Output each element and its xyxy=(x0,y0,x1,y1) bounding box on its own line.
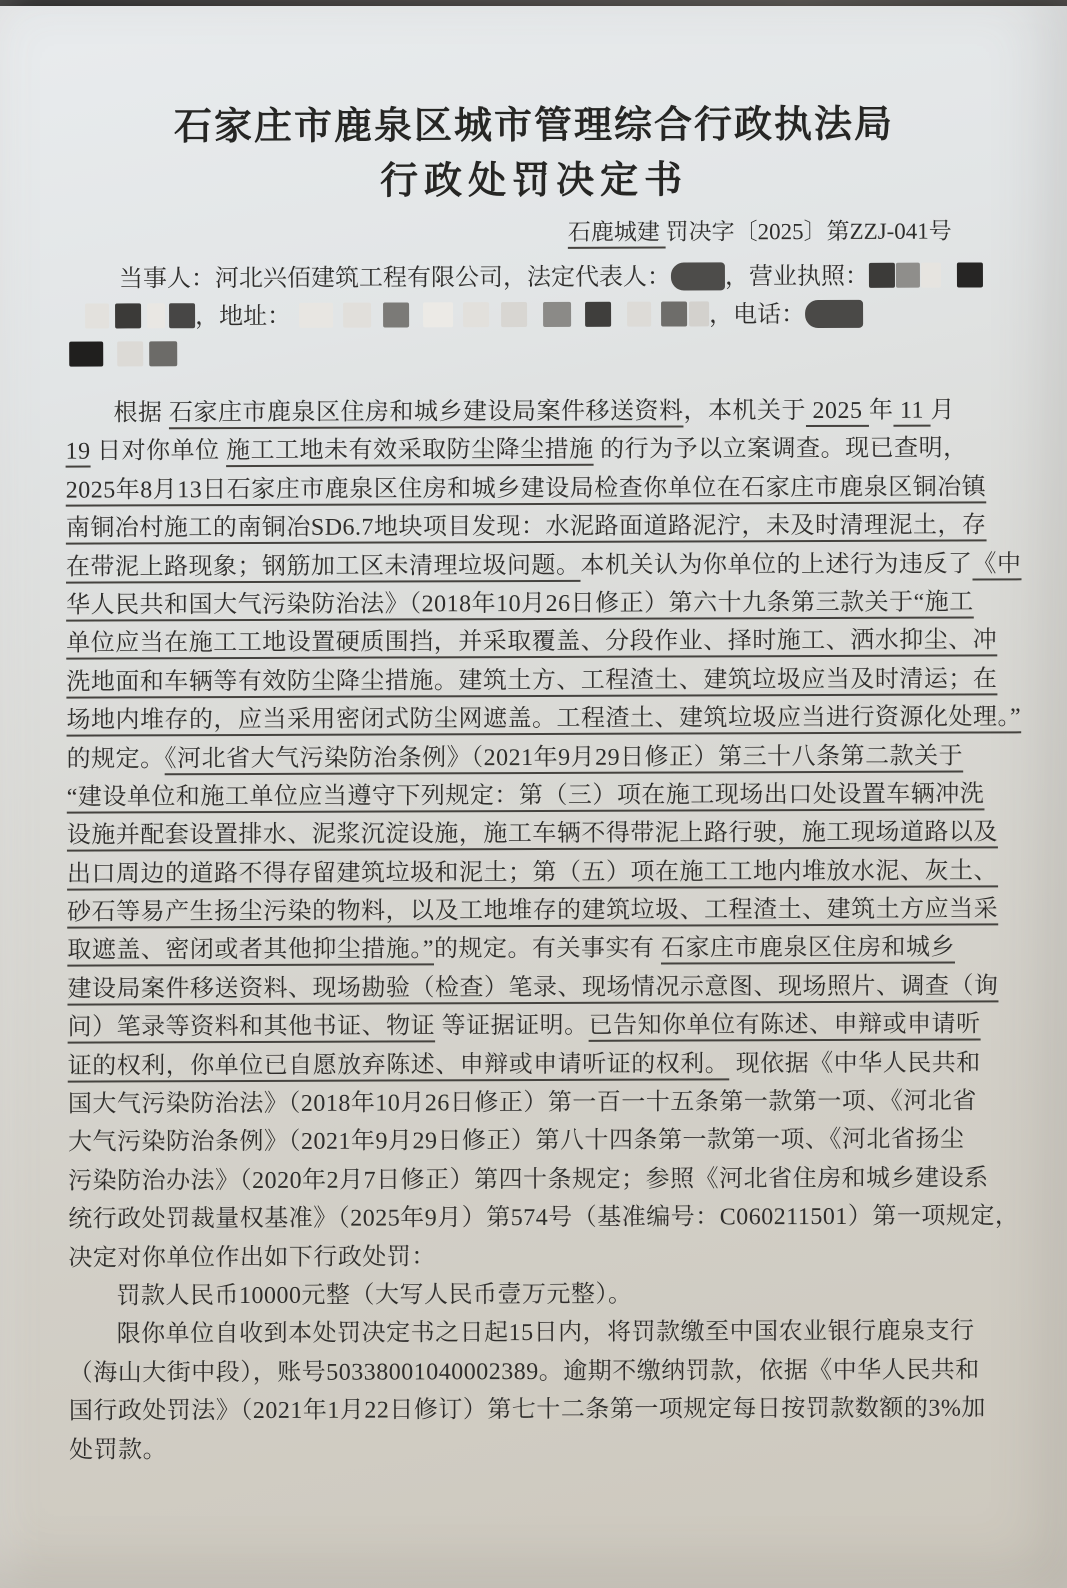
body-text-segment: 取遮盖、密闭或者其他抑尘措施。” xyxy=(67,937,434,964)
scanned-document-page: 石家庄市鹿泉区城市管理综合行政执法局 行政处罚决定书 石鹿城建 罚决字〔2025… xyxy=(0,0,1067,1588)
body-text-segment: 月 xyxy=(930,398,955,424)
redaction-block xyxy=(423,302,453,327)
body-text-segment: ，本机关于 xyxy=(683,398,806,424)
party-line-3 xyxy=(69,333,1012,374)
body-text-segment: 《中 xyxy=(972,551,1021,577)
body-line: “建设单位和施工单位应当遵守下列规定：第（三）项在施工现场出口处设置车辆冲洗 xyxy=(67,775,1022,817)
redaction-block xyxy=(383,302,409,327)
document-title-line2: 行政处罚决定书 xyxy=(1,153,1067,209)
redaction-block xyxy=(147,303,165,328)
redaction-block xyxy=(627,302,651,327)
body-line: 华人民共和国大气污染防治法》（2018年10月26日修正）第六十九条第三款关于“… xyxy=(66,583,1021,625)
body-text-segment: 施工工地未有效采取防尘降尘措施 xyxy=(226,437,594,464)
document-title-line1: 石家庄市鹿泉区城市管理综合行政执法局 xyxy=(0,96,1067,157)
address-label: 地址： xyxy=(219,304,291,330)
body-line: 证的权利，你单位已自愿放弃陈述、申辩或申请听证的权利。 现依据《中华人民共和 xyxy=(68,1044,1023,1086)
body-text-segment: 设施并配套设置排水、泥浆沉淀设施，施工车辆不得带泥上路行驶，施工现场道路以及 xyxy=(67,820,998,849)
body-text-segment: 建设局案件移送资料、现场勘验（检查）笔录、现场情况示意图、现场照片、调查（询 xyxy=(67,973,998,1002)
body-text-segment: 华人民共和国大气污染防治法》（2018年10月26日修正）第六十九条第三款关于“… xyxy=(66,589,974,618)
body-text-segment: 大气污染防治条例》（2021年9月29日修正）第八十四条第一款第一项、《河北省扬… xyxy=(68,1127,965,1156)
body-line: 在带泥上路现象；钢筋加工区未清理垃圾问题。本机关认为你单位的上述行为违反了《中 xyxy=(66,545,1021,587)
body-text-segment: 决定对你单位作出如下行政处罚： xyxy=(68,1244,436,1271)
document-number: 石鹿城建 罚决字〔2025〕第ZZJ-041号 xyxy=(1,215,1067,251)
body-text-segment: 南铜冶村施工的南铜冶SD6.7地块项目发现：水泥路面道路泥泞，未及时清理泥土，存 xyxy=(66,513,987,542)
body-text-segment: 出口周边的道路不得存留建筑垃圾和泥土；第（五）项在施工工地内堆放水泥、灰土、 xyxy=(67,858,998,887)
body-text-segment: 洗地面和车辆等有效防尘降尘措施。建筑土方、工程渣土、建筑垃圾应当及时清运；在 xyxy=(66,666,997,695)
party-line-2: ，地址：，电话： xyxy=(69,295,1012,336)
body-text-segment: 《河北省大气污染防治条例》（2021年9月29日修正）第三十八条第二款关于 xyxy=(165,743,964,772)
party-info-block: 当事人：河北兴佰建筑工程有限公司，法定代表人：，营业执照： ，地址：，电话： xyxy=(1,257,1067,375)
body-text-segment: 年 xyxy=(869,398,894,424)
body-text-segment: 19 xyxy=(66,439,91,465)
redaction-block xyxy=(69,342,103,367)
party-line-1: 当事人：河北兴佰建筑工程有限公司，法定代表人：，营业执照： xyxy=(69,257,1012,298)
body-text-segment: 限你单位自收到本处罚决定书之日起15日内，将罚款缴至中国农业银行鹿泉支行 xyxy=(117,1319,975,1348)
body-text-segment: 日对你单位 xyxy=(91,438,227,464)
body-line: 建设局案件移送资料、现场勘验（检查）笔录、现场情况示意图、现场照片、调查（询 xyxy=(67,967,1022,1009)
body-line: 国大气污染防治法》（2018年10月26日修正）第一百一十五条第一款第一项、《河… xyxy=(68,1082,1023,1124)
body-text-segment: 本机关认为你单位的上述行为违反了 xyxy=(580,551,972,578)
body-text-segment: 的规定。 xyxy=(67,746,165,772)
body-line: 问）笔录等资料和其他书证、物证 等证据证明。已告知你单位有陈述、申辩或申请听 xyxy=(67,1006,1022,1048)
redaction-block xyxy=(463,302,489,327)
document-number-rest: 罚决字〔2025〕第ZZJ-041号 xyxy=(666,219,952,245)
redaction-block xyxy=(869,263,895,288)
body-text-segment: 在带泥上路现象；钢筋加工区未清理垃圾问题。 xyxy=(66,552,581,580)
document-body: 根据 石家庄市鹿泉区住房和城乡建设局案件移送资料，本机关于 2025 年 11 … xyxy=(1,391,1067,1470)
license-label: 营业执照： xyxy=(749,264,869,290)
body-line: 国行政处罚法》（2021年1月22日修订）第七十二条第一项规定每日按罚款数额的3… xyxy=(69,1389,1024,1431)
body-line: 污染防治办法》（2020年2月7日修正）第四十条规定；参照《河北省住房和城乡建设… xyxy=(68,1159,1023,1201)
body-text-segment: 罚款人民币10000元整（大写人民币壹万元整）。 xyxy=(116,1282,632,1310)
body-line: 单位应当在施工工地设置硬质围挡，并采取覆盖、分段作业、择时施工、洒水抑尘、冲 xyxy=(66,622,1021,664)
body-line: 2025年8月13日石家庄市鹿泉区住房和城乡建设局检查你单位在石家庄市鹿泉区铜冶… xyxy=(66,468,1021,510)
redaction-block xyxy=(169,303,195,328)
body-line-penalty-amount: 罚款人民币10000元整（大写人民币壹万元整）。 xyxy=(68,1274,1023,1316)
redaction-block xyxy=(149,341,177,366)
legal-rep-label: 法定代表人： xyxy=(527,265,671,292)
body-line: 取遮盖、密闭或者其他抑尘措施。”的规定。有关事实有 石家庄市鹿泉区住房和城乡 xyxy=(67,929,1022,971)
body-line: 根据 石家庄市鹿泉区住房和城乡建设局案件移送资料，本机关于 2025 年 11 … xyxy=(65,391,1020,433)
body-line: 砂石等易产生扬尘污染的物料，以及工地堆存的建筑垃圾、工程渣土、建筑土方应当采 xyxy=(67,890,1022,932)
body-line: 南铜冶村施工的南铜冶SD6.7地块项目发现：水泥路面道路泥泞，未及时清理泥土，存 xyxy=(66,506,1021,548)
body-line: 处罚款。 xyxy=(69,1428,1024,1470)
body-line: 出口周边的道路不得存留建筑垃圾和泥土；第（五）项在施工工地内堆放水泥、灰土、 xyxy=(67,852,1022,894)
body-line: 决定对你单位作出如下行政处罚： xyxy=(68,1236,1023,1278)
body-text-segment: 单位应当在施工工地设置硬质围挡，并采取覆盖、分段作业、择时施工、洒水抑尘、冲 xyxy=(66,628,997,657)
body-text-segment: 的规定。有关事实有 xyxy=(434,936,661,963)
body-line: 统行政处罚裁量权基准》（2025年9月）第574号（基准编号：C06021150… xyxy=(68,1198,1023,1240)
body-line: 大气污染防治条例》（2021年9月29日修正）第八十四条第一款第一项、《河北省扬… xyxy=(68,1121,1023,1163)
body-line: 设施并配套设置排水、泥浆沉淀设施，施工车辆不得带泥上路行驶，施工现场道路以及 xyxy=(67,814,1022,856)
phone-label: ，电话： xyxy=(709,302,805,328)
body-text-segment: 国行政处罚法》（2021年1月22日修订）第七十二条第一项规定每日按罚款数额的3… xyxy=(69,1396,986,1425)
body-text-segment: 已告知你单位有陈述、申辩或申请听 xyxy=(589,1012,981,1039)
redaction-block xyxy=(896,263,920,288)
body-text-segment: “建设单位和施工单位应当遵守下列规定：第（三）项在施工现场出口处设置车辆冲洗 xyxy=(67,781,985,810)
body-line: 场地内堆存的，应当采用密闭式防尘网遮盖。工程渣土、建筑垃圾应当进行资源化处理。” xyxy=(66,698,1021,740)
body-text-segment: 问）笔录等资料和其他书证、物证 xyxy=(68,1014,436,1041)
redaction-block xyxy=(117,341,143,366)
body-text-segment: 石家庄市鹿泉区住房和城乡 xyxy=(661,935,955,962)
body-text-segment: 污染防治办法》（2020年2月7日修正）第四十条规定；参照《河北省住房和城乡建设… xyxy=(68,1165,989,1194)
body-text-segment: 现依据《中华人民共和 xyxy=(729,1050,981,1077)
body-line: （海山大街中段），账号50338001040002389。逾期不缴纳罚款，依据《… xyxy=(69,1351,1024,1393)
redaction-block xyxy=(501,302,527,327)
document-content: 石家庄市鹿泉区城市管理综合行政执法局 行政处罚决定书 石鹿城建 罚决字〔2025… xyxy=(0,4,1067,1470)
body-text-segment: 场地内堆存的，应当采用密闭式防尘网遮盖。工程渣土、建筑垃圾应当进行资源化处理。” xyxy=(66,704,1021,733)
address-separator: ， xyxy=(195,304,219,330)
body-text-segment: 11 xyxy=(893,398,930,424)
redaction-block xyxy=(299,303,333,328)
body-text-segment: 等证据证明。 xyxy=(435,1013,589,1040)
body-text-segment: 国大气污染防治法》（2018年10月26日修正）第一百一十五条第一款第一项、《河… xyxy=(68,1088,977,1117)
body-line: 限你单位自收到本处罚决定书之日起15日内，将罚款缴至中国农业银行鹿泉支行 xyxy=(69,1313,1024,1355)
body-text-segment: 处罚款。 xyxy=(69,1437,167,1463)
redaction-block xyxy=(661,301,687,326)
body-line: 洗地面和车辆等有效防尘降尘措施。建筑土方、工程渣土、建筑垃圾应当及时清运；在 xyxy=(66,660,1021,702)
redaction-block xyxy=(689,301,709,326)
body-text-segment: 2025 xyxy=(806,398,869,424)
redaction-block xyxy=(543,302,571,327)
party-label: 当事人： xyxy=(119,266,215,292)
redaction-block xyxy=(921,263,941,288)
body-text-segment: 石家庄市鹿泉区住房和城乡建设局案件移送资料 xyxy=(169,398,684,426)
body-text-segment: 2025年8月13日石家庄市鹿泉区住房和城乡建设局检查你单位在石家庄市鹿泉区铜冶… xyxy=(66,474,987,503)
party-company: 河北兴佰建筑工程有限公司， xyxy=(215,265,527,292)
party-separator: ， xyxy=(725,264,749,290)
body-text-segment: 的行为予以立案调查。现已查明， xyxy=(594,436,968,463)
redaction-block xyxy=(805,300,863,328)
redaction-block xyxy=(585,302,611,327)
body-text-segment: 统行政处罚裁量权基准》（2025年9月）第574号（基准编号：C06021150… xyxy=(68,1204,1019,1233)
body-line: 的规定。《河北省大气污染防治条例》（2021年9月29日修正）第三十八条第二款关… xyxy=(67,737,1022,779)
body-text-segment: 根据 xyxy=(113,400,169,426)
redaction-block xyxy=(115,303,141,328)
body-text-segment: 证的权利，你单位已自愿放弃陈述、申辩或申请听证的权利。 xyxy=(68,1051,730,1079)
redaction-block xyxy=(343,303,371,328)
document-number-prefix: 石鹿城建 xyxy=(568,220,666,245)
redaction-block xyxy=(85,303,109,328)
body-text-segment: （海山大街中段），账号50338001040002389。逾期不缴纳罚款，依据《… xyxy=(69,1357,980,1386)
redaction-block xyxy=(671,262,725,290)
body-line: 19 日对你单位 施工工地未有效采取防尘降尘措施 的行为予以立案调查。现已查明， xyxy=(65,430,1020,472)
body-text-segment: 砂石等易产生扬尘污染的物料，以及工地堆存的建筑垃圾、工程渣土、建筑土方应当采 xyxy=(67,896,998,925)
redaction-block xyxy=(957,262,983,287)
